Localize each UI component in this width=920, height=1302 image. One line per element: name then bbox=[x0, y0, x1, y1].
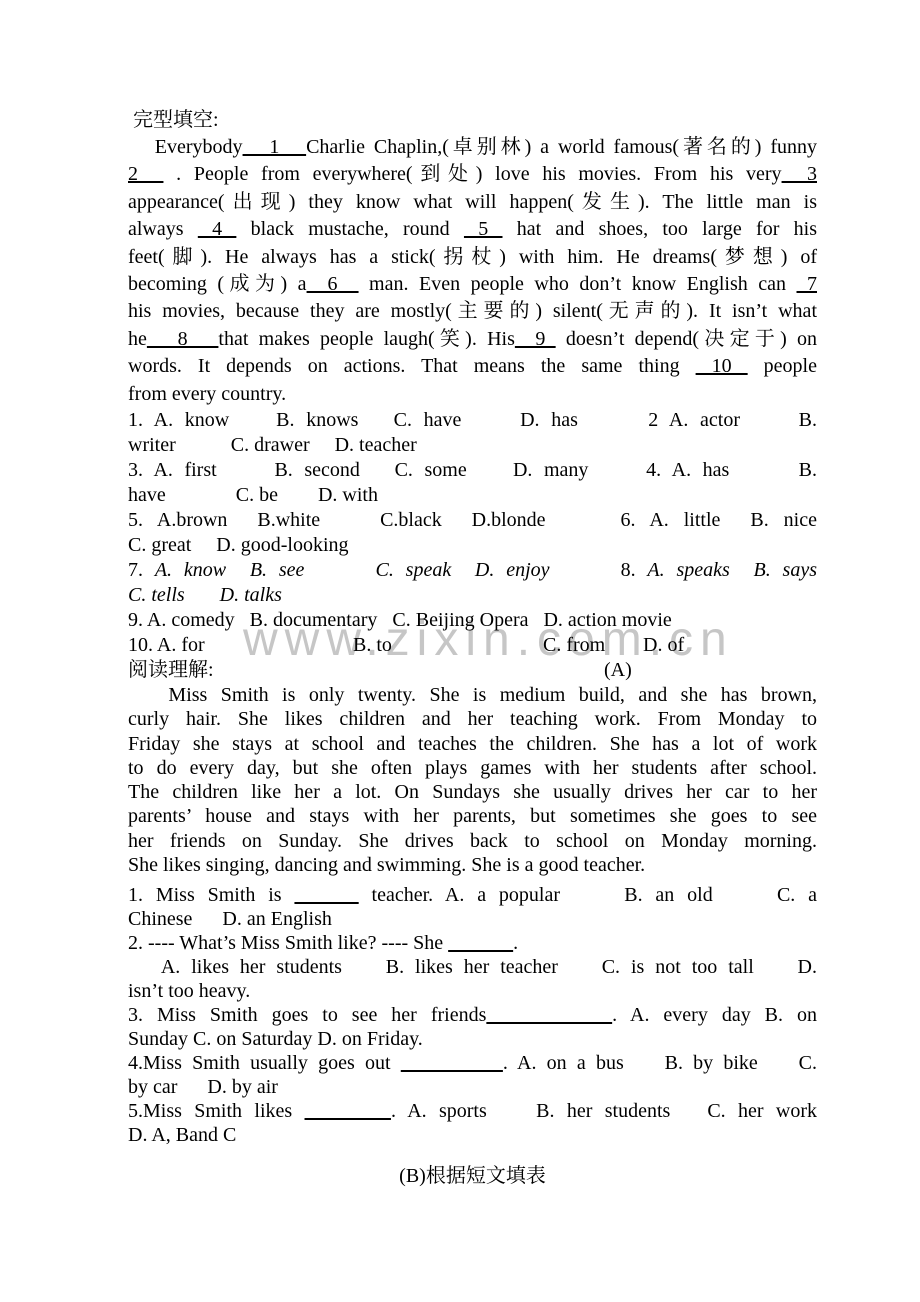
cloze-passage-line: from every country. bbox=[128, 381, 817, 408]
cloze-options-line: C. tells D. talks bbox=[128, 583, 817, 608]
reading-passage-line: Friday she stays at school and teaches t… bbox=[128, 732, 817, 756]
reading-questions-line: Chinese D. an English bbox=[128, 907, 817, 931]
italic-option: B. see bbox=[250, 559, 305, 581]
tab-positioned-text: B. to bbox=[353, 633, 392, 658]
reading-questions-line: isn’t too heavy. bbox=[128, 979, 817, 1003]
cloze-passage-line: always 4 black mustache, round 5 hat and… bbox=[128, 216, 817, 243]
tab-positioned-text: C. from bbox=[543, 633, 605, 658]
blank-underline: 4 bbox=[198, 218, 237, 240]
cloze-passage-line: Everybody 1 Charlie Chaplin,(卓别林) a worl… bbox=[128, 134, 817, 161]
cloze-passage-line: becoming (成为) a 6 man. Even people who d… bbox=[128, 271, 817, 298]
italic-option: B. says bbox=[754, 559, 818, 581]
reading-passage-line: to do every day, but she often plays gam… bbox=[128, 756, 817, 780]
cloze-options-line: 9. A. comedy B. documentary C. Beijing O… bbox=[128, 608, 817, 633]
reading-questions-line: 2. ---- What’s Miss Smith like? ---- She… bbox=[128, 931, 817, 955]
cloze-options-line: 10. A. forB. toC. fromD. of bbox=[128, 633, 817, 658]
document-page: 完型填空: Everybody 1 Charlie Chaplin,(卓别林) … bbox=[128, 106, 817, 1189]
reading-questions-line: 3. Miss Smith goes to see her friends . … bbox=[128, 1003, 817, 1027]
blank-underline bbox=[305, 1100, 391, 1122]
blank-underline: 5 bbox=[464, 218, 503, 240]
cloze-options-line: 3. A. first B. second C. some D. many 4.… bbox=[128, 458, 817, 483]
reading-questions-line: by car D. by air bbox=[128, 1075, 817, 1099]
section-tableB-heading: (B)根据短文填表 bbox=[128, 1163, 817, 1189]
cloze-passage-line: 2 . People from everywhere(到处) love his … bbox=[128, 161, 817, 188]
reading-passage-line: her friends on Sunday. She drives back t… bbox=[128, 829, 817, 853]
tableB-heading-line: (B)根据短文填表 bbox=[128, 1163, 817, 1189]
section-cloze-passage: Everybody 1 Charlie Chaplin,(卓别林) a worl… bbox=[128, 134, 817, 408]
cloze-options-line: C. great D. good-looking bbox=[128, 533, 817, 558]
reading-questions-line: D. A, Band C bbox=[128, 1123, 817, 1147]
blank-underline: 1 bbox=[243, 136, 307, 158]
blank-underline: 3 bbox=[782, 163, 817, 185]
reading-questions-line: 1. Miss Smith is teacher. A. a popular B… bbox=[128, 883, 817, 907]
cloze-passage-line: he 8 that makes people laugh(笑). His 9 d… bbox=[128, 326, 817, 353]
tab-positioned-text: (A) bbox=[604, 658, 632, 683]
italic-option: A. know bbox=[155, 559, 226, 581]
section-reading-questions: 1. Miss Smith is teacher. A. a popular B… bbox=[128, 883, 817, 1147]
blank-underline: 8 bbox=[147, 328, 219, 350]
cloze-options-line: 1. A. know B. knows C. have D. has 2 A. … bbox=[128, 408, 817, 433]
reading-passage-line: parents’ house and stays with her parent… bbox=[128, 804, 817, 828]
reading-passage-line: The children like her a lot. On Sundays … bbox=[128, 780, 817, 804]
reading-passage-line: curly hair. She likes children and her t… bbox=[128, 707, 817, 731]
cloze-options-line: writer C. drawer D. teacher bbox=[128, 433, 817, 458]
blank-underline: 2 bbox=[128, 163, 163, 185]
italic-option: A. speaks bbox=[647, 559, 729, 581]
cloze-passage-line: appearance(出现) they know what will happe… bbox=[128, 189, 817, 216]
blank-underline bbox=[401, 1052, 503, 1074]
section-reading-heading: 阅读理解:(A) bbox=[128, 658, 817, 683]
cloze-heading-line: 完型填空: bbox=[128, 106, 817, 134]
cloze-passage-line: feet(脚). He always has a stick(拐杖) with … bbox=[128, 244, 817, 271]
reading-passage-line: She likes singing, dancing and swimming.… bbox=[128, 853, 817, 877]
reading-questions-line: 4.Miss Smith usually goes out . A. on a … bbox=[128, 1051, 817, 1075]
italic-option: D. enjoy bbox=[475, 559, 550, 581]
tab-positioned-text: D. of bbox=[643, 633, 684, 658]
blank-underline: 7 bbox=[797, 273, 818, 295]
blank-underline bbox=[294, 884, 358, 906]
section-reading-passage: Miss Smith is only twenty. She is medium… bbox=[128, 683, 817, 877]
blank-underline bbox=[448, 932, 513, 954]
cloze-options-line: 5. A.brown B.white C.black D.blonde 6. A… bbox=[128, 508, 817, 533]
section-cloze-heading: 完型填空: bbox=[128, 106, 817, 134]
reading-passage-line: Miss Smith is only twenty. She is medium… bbox=[128, 683, 817, 707]
cloze-passage-line: words. It depends on actions. That means… bbox=[128, 353, 817, 380]
reading-questions-line: Sunday C. on Saturday D. on Friday. bbox=[128, 1027, 817, 1051]
cloze-options-line: 7. A. know B. see C. speak D. enjoy 8. A… bbox=[128, 558, 817, 583]
blank-underline: 9 bbox=[515, 328, 556, 350]
cloze-options-line: have C. be D. with bbox=[128, 483, 817, 508]
blank-underline bbox=[486, 1004, 612, 1026]
blank-underline: 10 bbox=[696, 355, 748, 377]
reading-questions-line: A. likes her students B. likes her teach… bbox=[128, 955, 817, 979]
reading-questions-line: 5.Miss Smith likes . A. sports B. her st… bbox=[128, 1099, 817, 1123]
cloze-passage-line: his movies, because they are mostly(主要的)… bbox=[128, 298, 817, 325]
section-cloze-options: 1. A. know B. knows C. have D. has 2 A. … bbox=[128, 408, 817, 658]
italic-option: C. speak bbox=[375, 559, 451, 581]
blank-underline: 6 bbox=[307, 273, 359, 295]
reading-heading-line: 阅读理解:(A) bbox=[128, 658, 817, 683]
